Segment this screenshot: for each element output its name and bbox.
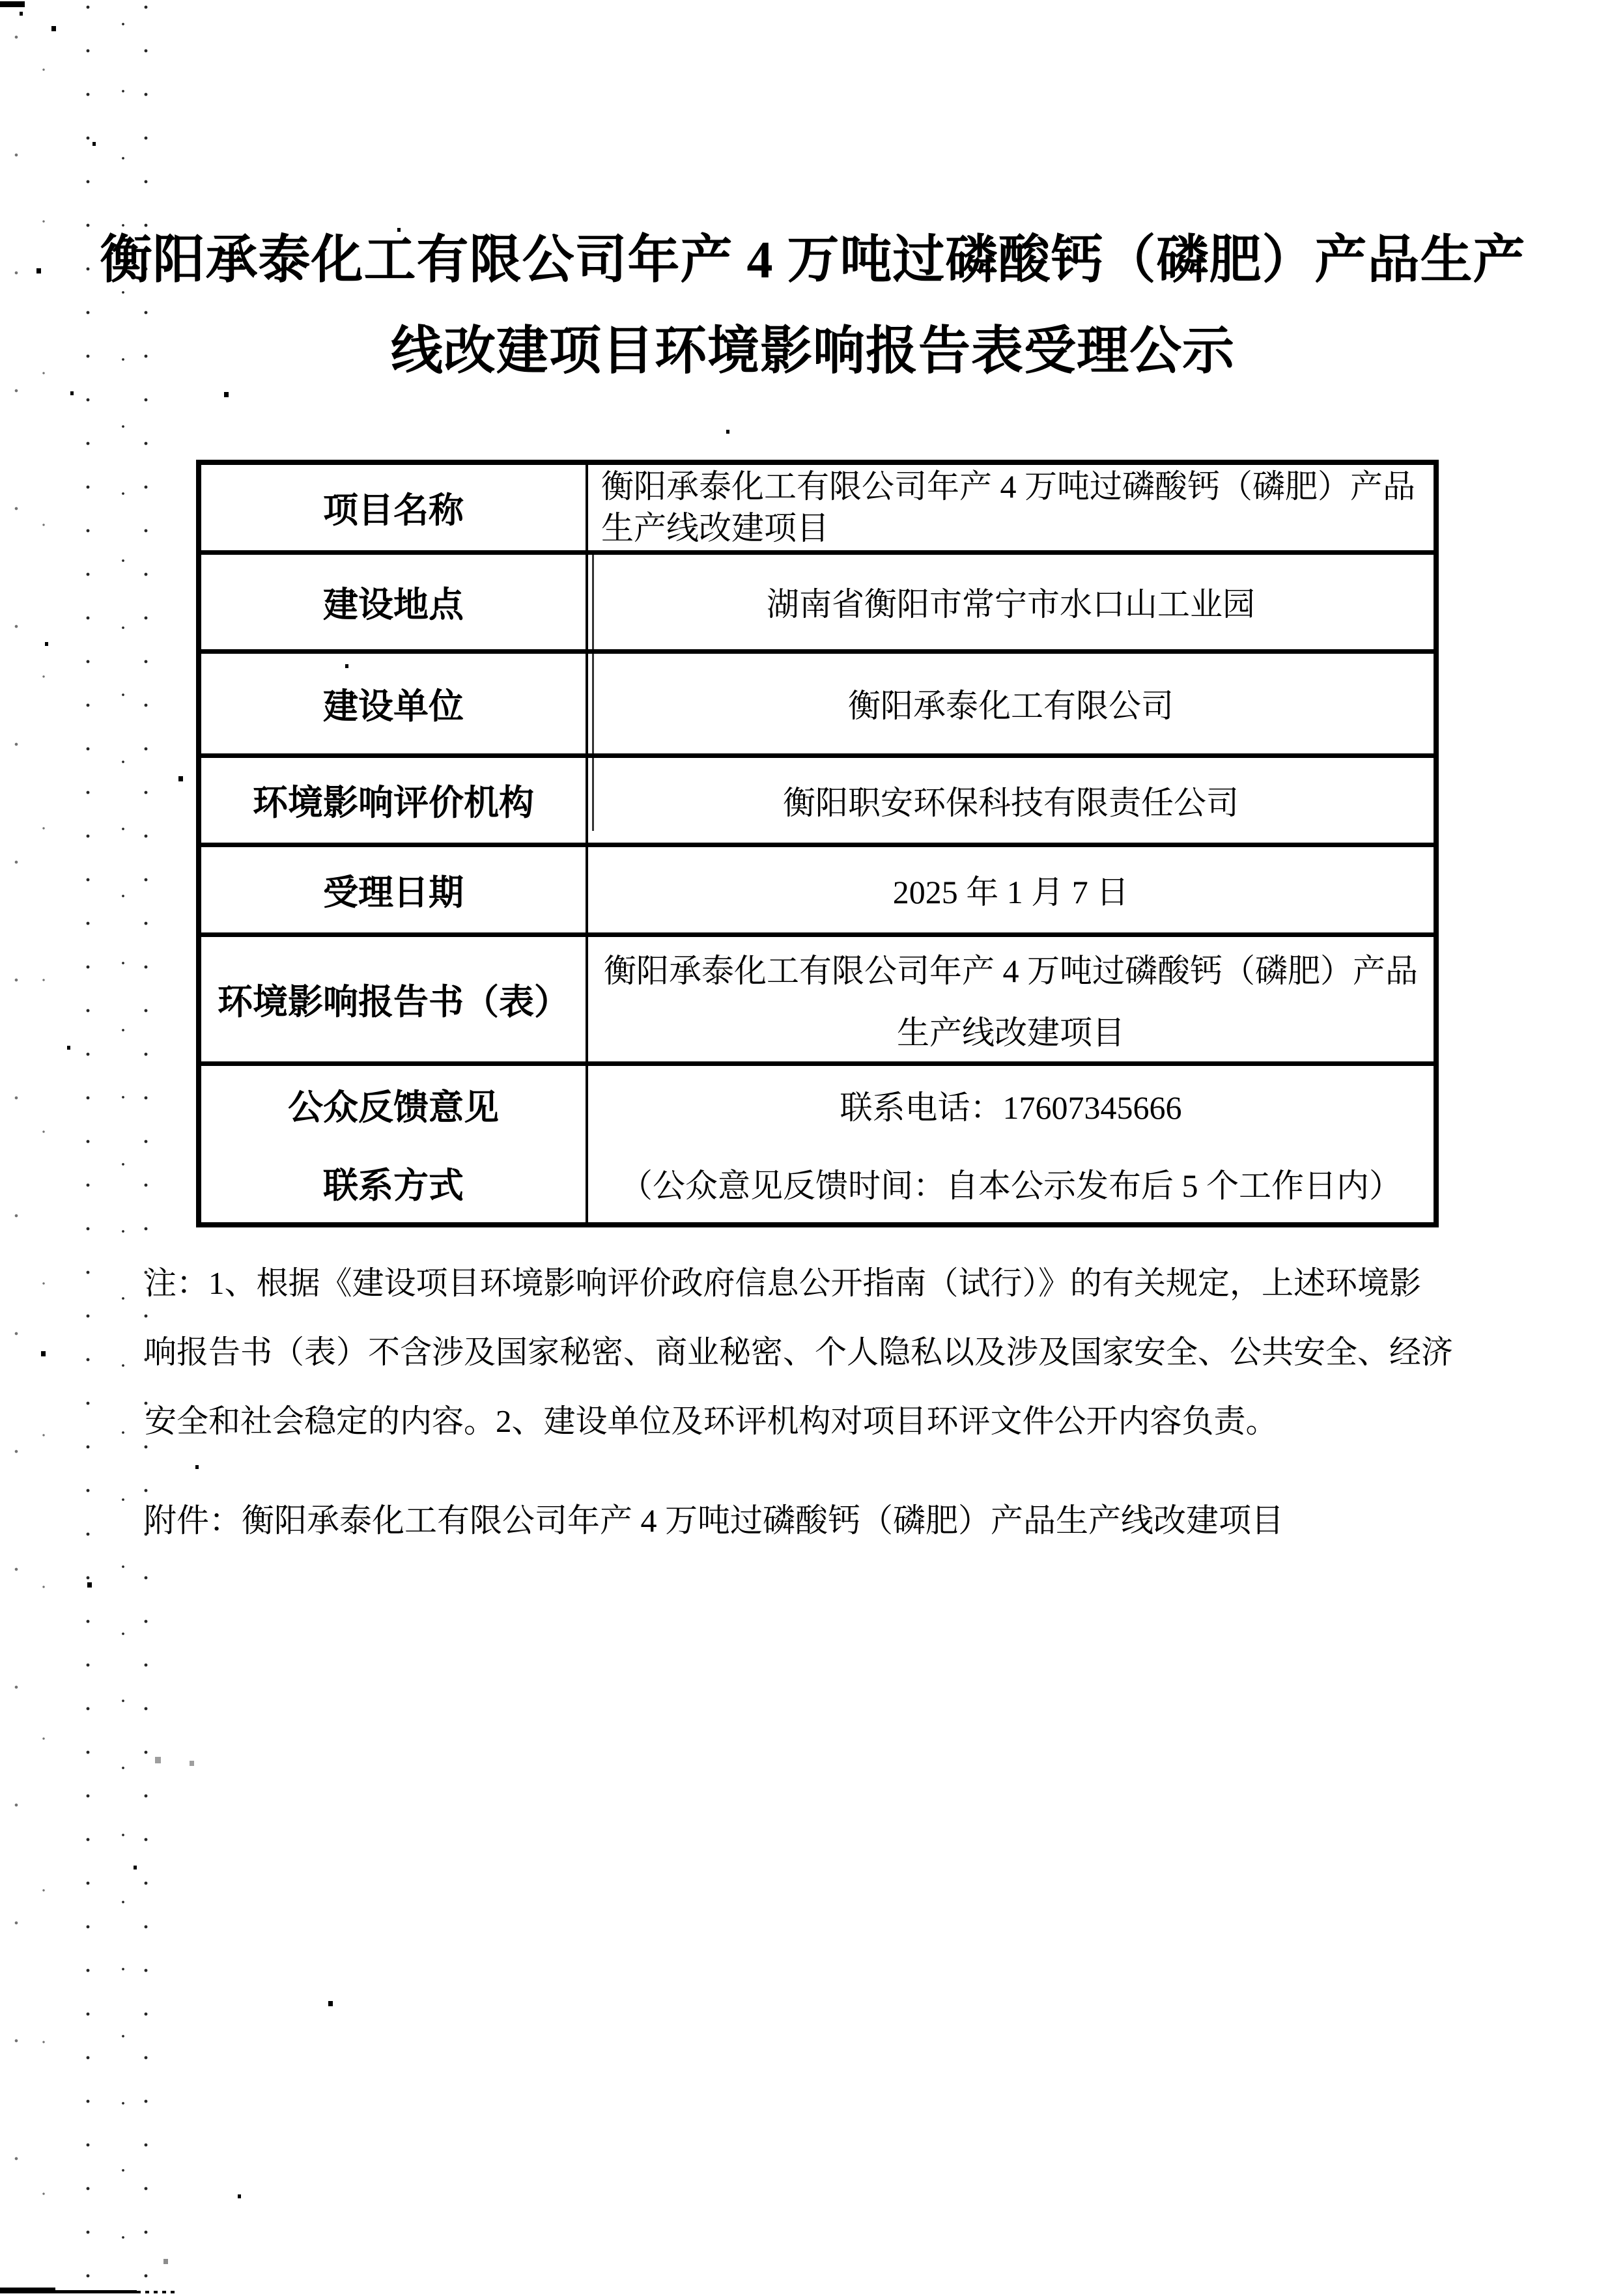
value-line: 衡阳承泰化工有限公司: [588, 680, 1434, 727]
row-value: 2025 年 1 月 7 日: [587, 845, 1436, 934]
row-label: 受理日期: [199, 845, 587, 934]
value-line: 生产线改建项目: [588, 1007, 1434, 1054]
announcement-table: 项目名称 衡阳承泰化工有限公司年产 4 万吨过磷酸钙（磷肥）产品 生产线改建项目…: [196, 460, 1439, 1227]
row-value: 湖南省衡阳市常宁市水口山工业园: [587, 552, 1436, 651]
page-title: 衡阳承泰化工有限公司年产 4 万吨过磷酸钙（磷肥）产品生产 线改建项目环境影响报…: [0, 215, 1597, 397]
value-line: 生产线改建项目: [601, 507, 1434, 549]
value-line: 湖南省衡阳市常宁市水口山工业园: [588, 578, 1434, 625]
table-row-project-name: 项目名称 衡阳承泰化工有限公司年产 4 万吨过磷酸钙（磷肥）产品 生产线改建项目: [199, 462, 1436, 552]
scan-speckles: [20, 12, 23, 16]
row-label: 环境影响报告书（表）: [199, 934, 587, 1063]
row-label: 环境影响评价机构: [199, 755, 587, 845]
table-row-construction-site: 建设地点 湖南省衡阳市常宁市水口山工业园: [199, 552, 1436, 651]
scan-bottom-edge-artifact: [55, 2290, 137, 2293]
value-line: 衡阳承泰化工有限公司年产 4 万吨过磷酸钙（磷肥）产品: [588, 945, 1434, 992]
value-line: 衡阳职安环保科技有限责任公司: [588, 777, 1434, 824]
page-title-line-1: 衡阳承泰化工有限公司年产 4 万吨过磷酸钙（磷肥）产品生产: [29, 215, 1597, 306]
scan-corner-artifact: [0, 1, 25, 7]
row-label: 建设单位: [199, 651, 587, 755]
note-line-3: 安全和社会稳定的内容。2、建设单位及环评机构对项目环评文件公开内容负责。: [145, 1387, 1453, 1456]
page-title-line-2: 线改建项目环境影响报告表受理公示: [29, 306, 1597, 397]
label-line: 公众反馈意见: [201, 1080, 586, 1130]
table-row-construction-unit: 建设单位 衡阳承泰化工有限公司: [199, 651, 1436, 755]
feedback-period: （公众意见反馈时间：自本公示发布后 5 个工作日内）: [588, 1160, 1434, 1207]
scan-bottom-edge-artifact: [137, 2291, 175, 2293]
attachment-line: 附件：衡阳承泰化工有限公司年产 4 万吨过磷酸钙（磷肥）产品生产线改建项目: [144, 1498, 1284, 1543]
row-value: 衡阳承泰化工有限公司年产 4 万吨过磷酸钙（磷肥）产品 生产线改建项目: [587, 934, 1436, 1063]
value-line: 2025 年 1 月 7 日: [588, 866, 1434, 913]
value-line: 衡阳承泰化工有限公司年产 4 万吨过磷酸钙（磷肥）产品: [601, 466, 1434, 507]
label-line: 联系方式: [201, 1158, 586, 1208]
row-label: 公众反馈意见 联系方式: [199, 1063, 587, 1225]
contact-phone: 联系电话：17607345666: [588, 1082, 1434, 1128]
row-value: 衡阳承泰化工有限公司年产 4 万吨过磷酸钙（磷肥）产品 生产线改建项目: [587, 462, 1436, 552]
row-value: 联系电话：17607345666 （公众意见反馈时间：自本公示发布后 5 个工作…: [587, 1063, 1436, 1225]
row-label: 建设地点: [199, 552, 587, 651]
table-row-public-feedback-contact: 公众反馈意见 联系方式 联系电话：17607345666 （公众意见反馈时间：自…: [199, 1063, 1436, 1225]
note-line-2: 响报告书（表）不含涉及国家秘密、商业秘密、个人隐私以及涉及国家安全、公共安全、经…: [145, 1318, 1453, 1387]
table-row-eia-report: 环境影响报告书（表） 衡阳承泰化工有限公司年产 4 万吨过磷酸钙（磷肥）产品 生…: [199, 934, 1436, 1063]
scan-bottom-edge-artifact: [0, 2288, 55, 2293]
table-row-eia-agency: 环境影响评价机构 衡阳职安环保科技有限责任公司: [199, 755, 1436, 845]
note-block: 注：1、根据《建设项目环境影响评价政府信息公开指南（试行）》的有关规定，上述环境…: [145, 1249, 1453, 1456]
scanned-document-page: 衡阳承泰化工有限公司年产 4 万吨过磷酸钙（磷肥）产品生产 线改建项目环境影响报…: [0, 0, 1597, 2296]
row-value: 衡阳承泰化工有限公司: [587, 651, 1436, 755]
row-label: 项目名称: [199, 462, 587, 552]
table-row-acceptance-date: 受理日期 2025 年 1 月 7 日: [199, 845, 1436, 934]
note-line-1: 注：1、根据《建设项目环境影响评价政府信息公开指南（试行）》的有关规定，上述环境…: [145, 1249, 1453, 1318]
row-value: 衡阳职安环保科技有限责任公司: [587, 755, 1436, 845]
